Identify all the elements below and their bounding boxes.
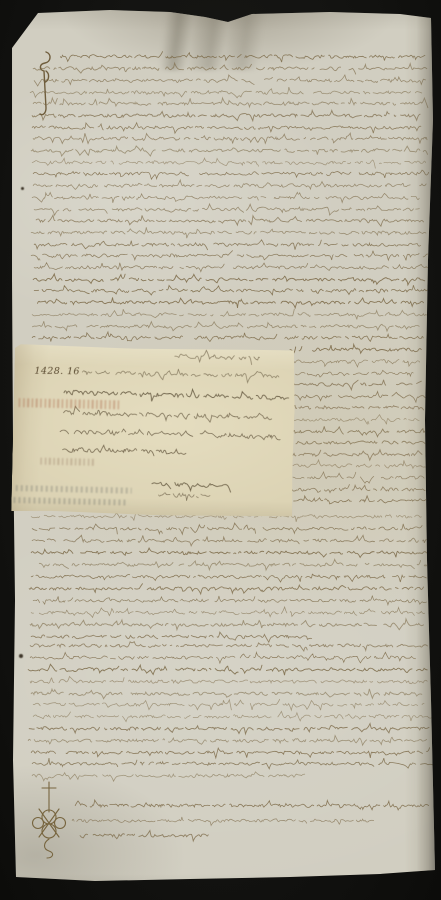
slip-script-line (63, 407, 267, 425)
script-line (289, 437, 426, 448)
script-line (31, 688, 421, 699)
script-line (33, 98, 425, 109)
photo-background: 1428. 16 (0, 0, 441, 900)
script-line (289, 472, 424, 483)
script-line (292, 379, 419, 390)
notarial-sign-icon (25, 779, 73, 859)
script-line (31, 250, 427, 261)
script-line (290, 414, 418, 425)
slip-date: 1428. 16 (34, 366, 80, 378)
slip-script-line (158, 489, 206, 503)
initial-letter-flourish (36, 50, 56, 120)
script-line (31, 747, 427, 758)
script-line (34, 297, 421, 308)
script-line (32, 215, 421, 226)
script-line (72, 815, 370, 826)
script-line (34, 262, 427, 273)
script-line (290, 449, 421, 460)
script-line (32, 157, 425, 168)
script-line (32, 110, 418, 121)
script-line (28, 664, 428, 675)
slip-script-line (62, 443, 184, 459)
script-line (289, 495, 427, 506)
script-line (293, 402, 423, 413)
script-line (290, 344, 427, 355)
script-line (30, 652, 420, 663)
script-line (31, 145, 425, 156)
script-line (31, 607, 423, 618)
script-line (32, 758, 431, 769)
script-line (32, 309, 430, 320)
script-line (29, 723, 426, 734)
script-line (33, 699, 423, 710)
script-line (33, 133, 429, 144)
script-line (31, 571, 425, 582)
script-line (31, 559, 433, 570)
script-line (32, 535, 426, 546)
archivist-slip: 1428. 16 (11, 344, 296, 518)
slip-script-line (60, 425, 278, 443)
script-line (34, 75, 424, 86)
script-line (31, 547, 427, 558)
slip-script-line (175, 350, 259, 365)
script-line (291, 356, 422, 367)
faint-showthrough-line (13, 497, 127, 506)
script-line (31, 227, 428, 238)
slip-script-line (82, 366, 278, 384)
script-line (33, 168, 429, 179)
script-line (75, 800, 433, 811)
script-line (33, 63, 423, 74)
script-line (32, 523, 422, 534)
script-line (33, 595, 426, 606)
parchment-spot (19, 654, 23, 658)
script-line (29, 583, 427, 594)
script-line (293, 460, 430, 471)
faint-showthrough-line (16, 485, 132, 494)
script-line (289, 368, 415, 379)
script-line (32, 122, 421, 133)
script-line (30, 321, 416, 332)
script-line (290, 426, 427, 437)
faded-stamp (19, 398, 121, 409)
script-line (32, 192, 418, 203)
script-line (289, 484, 424, 495)
script-line (30, 619, 422, 630)
script-line (30, 87, 421, 98)
script-line (33, 180, 423, 191)
script-line (288, 391, 423, 402)
script-line (32, 332, 423, 343)
script-line (57, 51, 424, 62)
script-line (34, 239, 418, 250)
script-line (33, 711, 432, 722)
script-line (34, 285, 430, 296)
script-line (80, 830, 210, 841)
script-line (33, 274, 423, 285)
script-line (28, 735, 423, 746)
faded-stamp (40, 458, 94, 466)
parchment-spot (21, 187, 24, 190)
script-line (30, 676, 427, 687)
script-line (34, 204, 421, 215)
script-line (30, 640, 426, 651)
